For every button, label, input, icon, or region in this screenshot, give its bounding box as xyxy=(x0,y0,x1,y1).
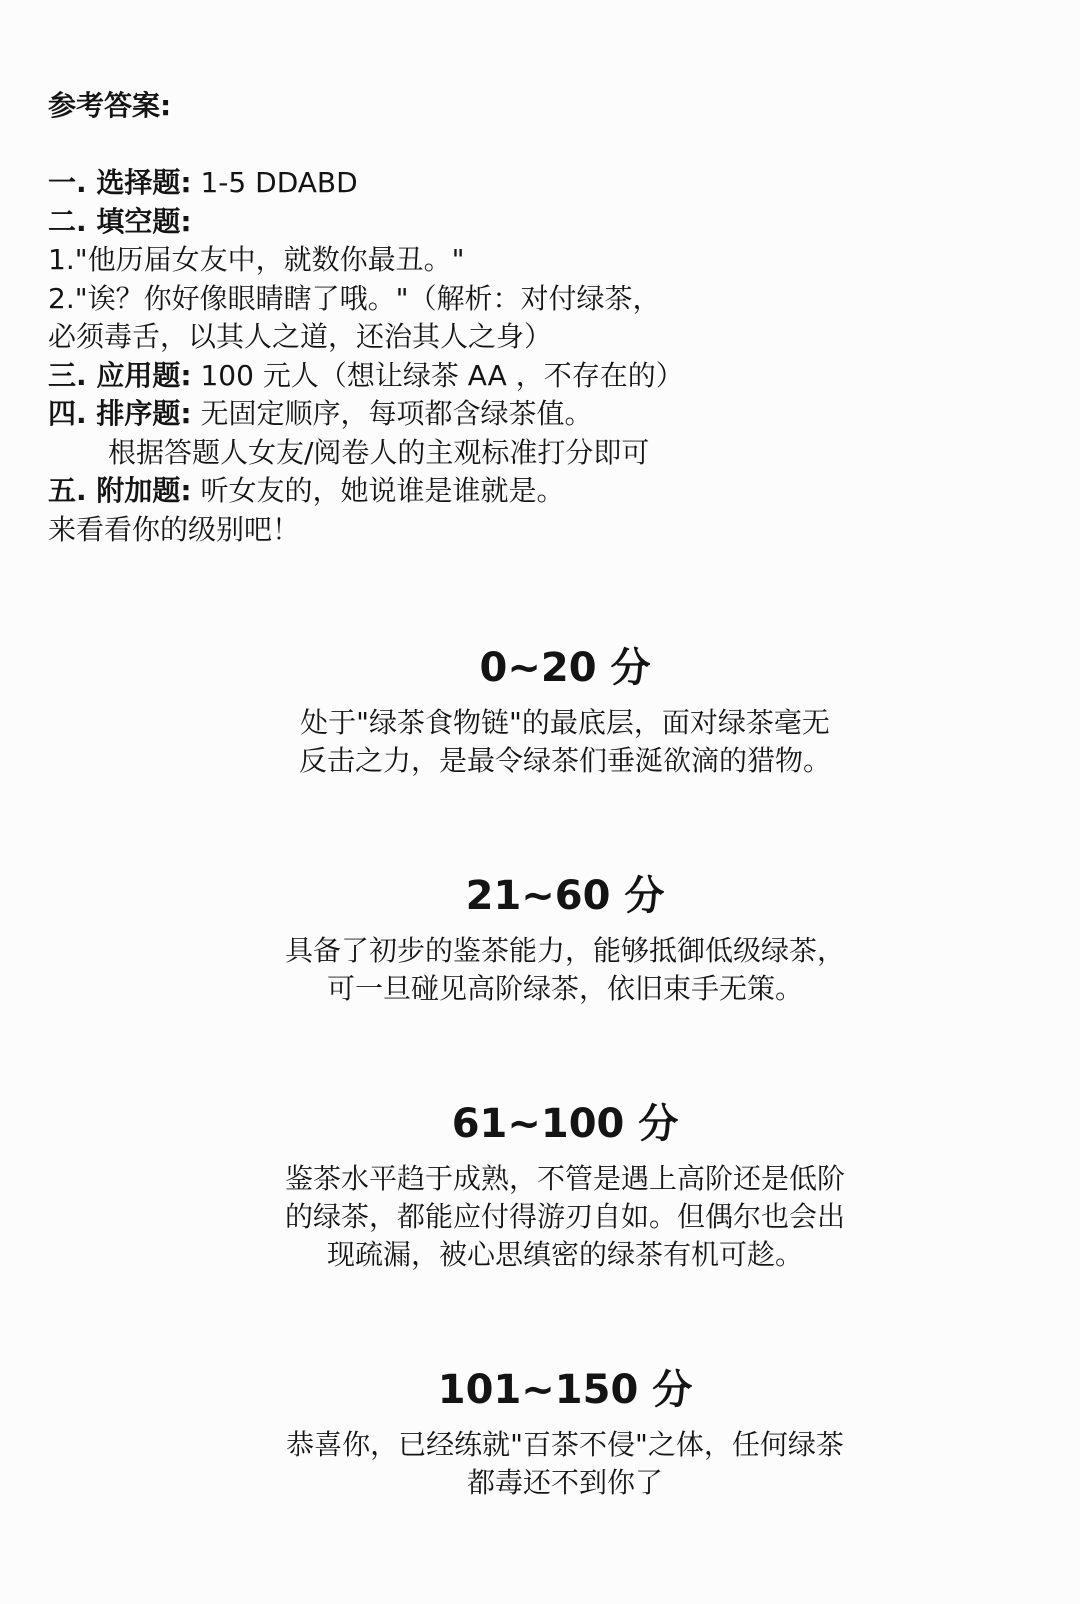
answer-text: 1."他历届女友中，就数你最丑。" xyxy=(48,243,464,276)
score-description-line: 现疏漏，被心思缜密的绿茶有机可趁。 xyxy=(50,1236,1080,1274)
score-range-title: 101~150 分 xyxy=(0,1362,1080,1418)
score-description-line: 恭喜你，已经练就"百茶不侵"之体，任何绿茶 xyxy=(50,1426,1080,1464)
section-label: 五. 附加题: xyxy=(48,474,192,507)
answer-fill-blank-header: 二. 填空题: xyxy=(48,203,1048,242)
section-label: 三. 应用题: xyxy=(48,359,192,392)
score-description-line: 的绿茶，都能应付得游刃自如。但偶尔也会出 xyxy=(50,1198,1080,1236)
answer-text: 根据答题人女友/阅卷人的主观标准打分即可 xyxy=(108,436,649,469)
section-label: 四. 排序题: xyxy=(48,397,192,430)
answer-ordering: 四. 排序题: 无固定顺序，每项都含绿茶值。 xyxy=(48,395,1048,434)
score-description: 具备了初步的鉴茶能力，能够抵御低级绿茶， 可一旦碰见高阶绿茶，依旧束手无策。 xyxy=(0,932,1080,1008)
answer-fill-blank-1: 1."他历届女友中，就数你最丑。" xyxy=(48,241,1048,280)
score-description-line: 可一旦碰见高阶绿茶，依旧束手无策。 xyxy=(50,970,1080,1008)
answer-text: 无固定顺序，每项都含绿茶值。 xyxy=(192,397,593,430)
score-description: 鉴茶水平趋于成熟，不管是遇上高阶还是低阶 的绿茶，都能应付得游刃自如。但偶尔也会… xyxy=(0,1160,1080,1274)
score-description-line: 处于"绿茶食物链"的最底层，面对绿茶毫无 xyxy=(50,704,1080,742)
score-level-0-20: 0~20 分 处于"绿茶食物链"的最底层，面对绿茶毫无 反击之力，是最令绿茶们垂… xyxy=(0,640,1080,780)
answer-application: 三. 应用题: 100 元人（想让绿茶 AA ，不存在的） xyxy=(48,357,1048,396)
score-range-title: 61~100 分 xyxy=(0,1096,1080,1152)
answer-list: 一. 选择题: 1-5 DDABD 二. 填空题: 1."他历届女友中，就数你最… xyxy=(48,164,1048,549)
answer-fill-blank-2: 2."诶？你好像眼睛瞎了哦。"（解析：对付绿茶， xyxy=(48,280,1048,319)
answer-text: 2."诶？你好像眼睛瞎了哦。"（解析：对付绿茶， xyxy=(48,282,660,315)
level-intro: 来看看你的级别吧！ xyxy=(48,511,1048,550)
score-range-title: 0~20 分 xyxy=(0,640,1080,696)
answer-text: 来看看你的级别吧！ xyxy=(48,513,300,546)
answer-text: 100 元人（想让绿茶 AA ，不存在的） xyxy=(192,359,684,392)
score-description-line: 反击之力，是最令绿茶们垂涎欲滴的猎物。 xyxy=(50,742,1080,780)
answer-text: 必须毒舌，以其人之道，还治其人之身） xyxy=(48,320,552,353)
score-level-61-100: 61~100 分 鉴茶水平趋于成熟，不管是遇上高阶还是低阶 的绿茶，都能应付得游… xyxy=(0,1096,1080,1274)
page-title: 参考答案: xyxy=(48,86,171,126)
answer-ordering-cont: 根据答题人女友/阅卷人的主观标准打分即可 xyxy=(48,434,1048,473)
score-description-line: 鉴茶水平趋于成熟，不管是遇上高阶还是低阶 xyxy=(50,1160,1080,1198)
answer-multiple-choice: 一. 选择题: 1-5 DDABD xyxy=(48,164,1048,203)
score-range-title: 21~60 分 xyxy=(0,868,1080,924)
answer-text: 1-5 DDABD xyxy=(192,166,358,199)
answer-text: 听女友的，她说谁是谁就是。 xyxy=(192,474,565,507)
score-description-line: 都毒还不到你了 xyxy=(50,1464,1080,1502)
score-level-21-60: 21~60 分 具备了初步的鉴茶能力，能够抵御低级绿茶， 可一旦碰见高阶绿茶，依… xyxy=(0,868,1080,1008)
section-label: 一. 选择题: xyxy=(48,166,192,199)
answer-fill-blank-2-cont: 必须毒舌，以其人之道，还治其人之身） xyxy=(48,318,1048,357)
score-level-101-150: 101~150 分 恭喜你，已经练就"百茶不侵"之体，任何绿茶 都毒还不到你了 xyxy=(0,1362,1080,1502)
section-label: 二. 填空题: xyxy=(48,205,192,238)
score-description: 处于"绿茶食物链"的最底层，面对绿茶毫无 反击之力，是最令绿茶们垂涎欲滴的猎物。 xyxy=(0,704,1080,780)
score-description-line: 具备了初步的鉴茶能力，能够抵御低级绿茶， xyxy=(50,932,1080,970)
answer-bonus: 五. 附加题: 听女友的，她说谁是谁就是。 xyxy=(48,472,1048,511)
score-description: 恭喜你，已经练就"百茶不侵"之体，任何绿茶 都毒还不到你了 xyxy=(0,1426,1080,1502)
